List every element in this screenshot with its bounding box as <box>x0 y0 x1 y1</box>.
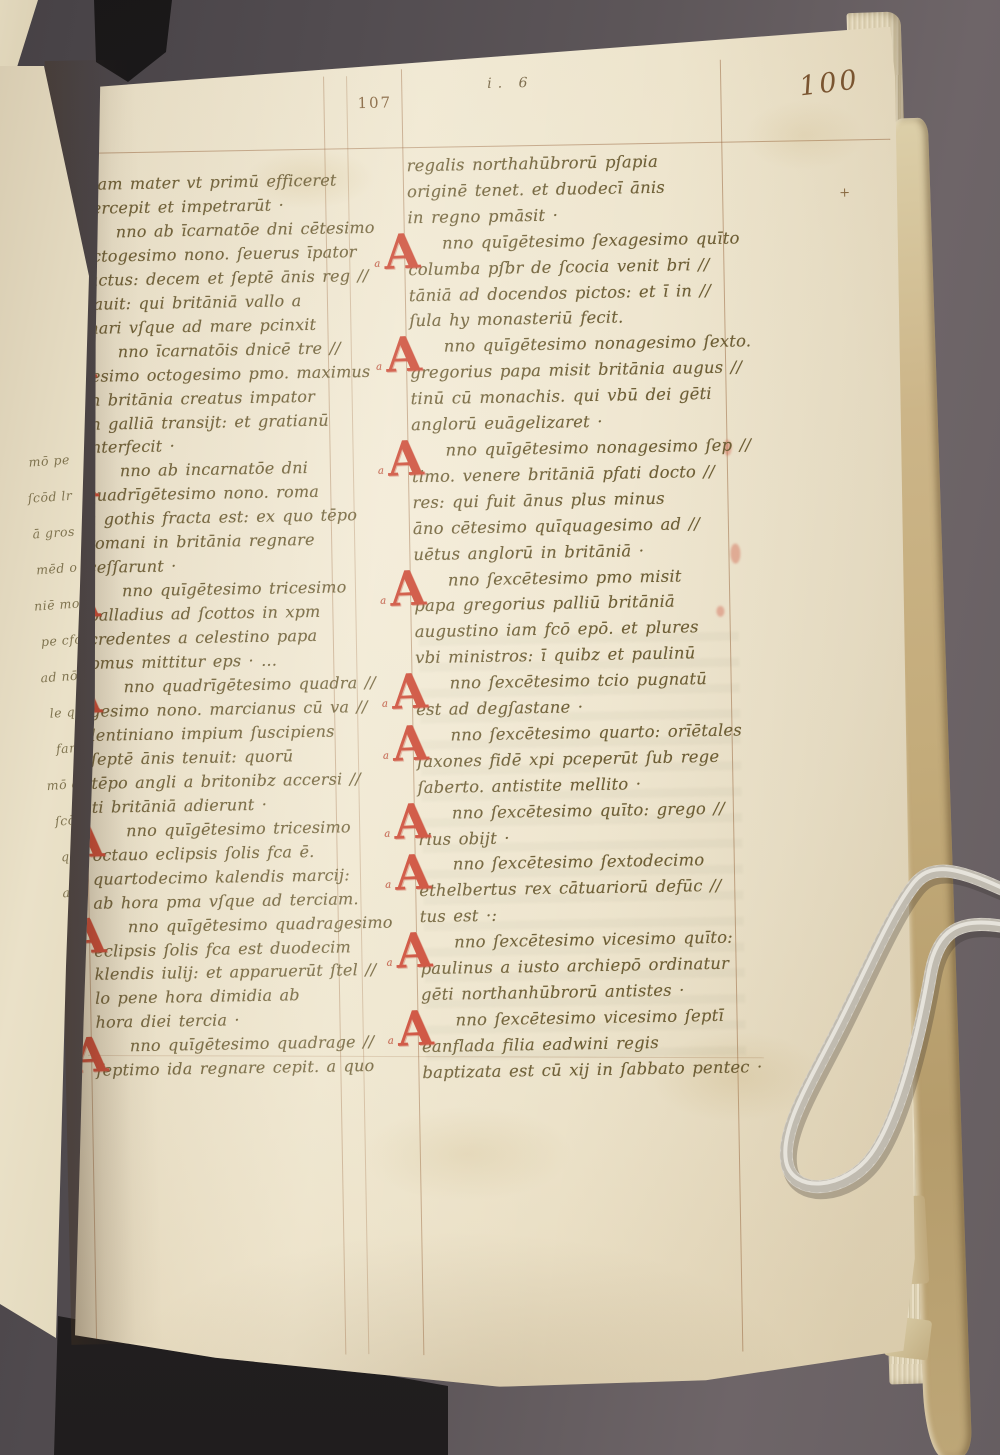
chronicle-entry: aAnno ſexcētesimo quīto: grego //rius ob… <box>418 795 765 853</box>
chronicle-entry: aAnno ſexcētesimo quarto: orīētalesſaxon… <box>416 717 763 801</box>
parchment-stain <box>361 1105 573 1204</box>
parchment-stain <box>744 99 865 171</box>
rubricator-guide-letter: a <box>376 355 383 381</box>
chronicle-entry: aAnno ab incarnatōe dniquadrīgētesimo no… <box>86 455 388 580</box>
plus-mark: + <box>839 185 850 200</box>
facing-page-fragment: mō die <box>7 765 93 807</box>
chronicle-entry: aAnno quīgētesimo tricesimooctauo eclips… <box>92 814 394 915</box>
photograph-of-open-manuscript: 107 i. 6 100 + ſuam mater vt primū effic… <box>0 0 1000 1455</box>
quire-mark: i. 6 <box>487 75 534 92</box>
chronicle-entry: aAnno quīgētesimo nonagesimo ſep //timo.… <box>411 432 759 568</box>
text-column-left: ſuam mater vt primū efficeretpercepit et… <box>81 168 397 1083</box>
chronicle-entry: aAnno ſexcētesimo vicesimo ſeptīeanflada… <box>421 1002 768 1086</box>
chronicle-entry: aAnno quīgētesimo tricesimopalladius ad … <box>88 575 390 676</box>
rubricator-guide-letter: a <box>382 692 389 718</box>
chronicle-entry: aAnno īcarnatōis dnicē tre //tesimo octo… <box>84 335 386 460</box>
rubricator-guide-letter: a <box>388 1028 395 1054</box>
rubricated-initial: A <box>391 667 443 715</box>
facing-page-fragment: ad nōs <box>0 657 86 699</box>
rubricator-guide-letter: a <box>384 821 391 847</box>
rubricated-initial: A <box>393 797 445 845</box>
facing-page-fragment: ſcōs e <box>10 801 96 843</box>
text-column-right: regalis northahūbrorū pſapiaoriginē tene… <box>406 147 768 1086</box>
manuscript-line: baptizata est cū xij in ſabbato pentec · <box>422 1054 768 1086</box>
rubricated-initial: A <box>395 926 447 974</box>
chronicle-entry: aAnno ſexcētesimo ſextodecimoethelbertus… <box>419 847 766 931</box>
folio-number: 100 <box>798 64 862 102</box>
rubricator-guide-letter: a <box>374 251 381 277</box>
facing-page-fragment: q pōs <box>12 837 98 879</box>
rubricated-initial: A <box>397 1004 449 1052</box>
rubricated-initial: A <box>394 849 446 897</box>
facing-page-fragment: ſcōd lr <box>0 478 74 520</box>
facing-page-fragment: ā gros <box>0 514 76 556</box>
chronicle-entry: aAnno quīgētesimo ſexagesimo quītocolumb… <box>408 225 756 335</box>
rubricated-initial: A <box>69 911 121 959</box>
rubricated-initial: A <box>392 719 444 767</box>
chronicle-entry: aAnno quadrīgētesimo quadra //gesimo non… <box>89 671 391 820</box>
chronicle-entry: aAnno quīgētesimo quadrage //ſeptimo ida… <box>96 1030 397 1083</box>
rubricator-guide-letter: a <box>378 459 385 485</box>
rubricator-guide-letter: a <box>385 873 392 899</box>
chronicle-entry: aAnno ſexcētesimo pmo misitpapa gregoriu… <box>414 562 762 672</box>
manuscript-page: 107 i. 6 100 + ſuam mater vt primū effic… <box>42 9 922 1398</box>
rubricated-initial: A <box>387 434 439 482</box>
page-number-pencil: 107 <box>357 93 392 112</box>
chronicle-entry: aAnno ſexcētesimo vicesimo quīto:paulinu… <box>420 924 767 1008</box>
chronicle-entry: aAnno quīgētesimo nonagesimo ſexto.grego… <box>410 329 758 439</box>
facing-page-fragment: mō pe <box>0 442 71 484</box>
rubricated-initial: A <box>383 227 435 275</box>
facing-page-fragment: mēd o <box>0 550 79 592</box>
rubricated-initial: A <box>389 564 441 612</box>
chronicle-entry: aAnno quīgētesimo quadragesimoeclipsis ſ… <box>94 910 396 1035</box>
facing-page-fragment: pe cfo <box>0 621 84 663</box>
rubricated-initial: A <box>71 1031 123 1079</box>
rubricator-guide-letter: a <box>383 744 390 770</box>
rubricator-guide-letter: a <box>380 588 387 614</box>
manuscript-line: ſeptimo ida regnare cepit. a quo <box>96 1054 396 1083</box>
rubricator-guide-letter: a <box>386 951 393 977</box>
chronicle-entry: ſuam mater vt primū efficeretpercepit et… <box>81 168 382 221</box>
facing-page-fragment: niē mo <box>0 585 81 627</box>
facing-page-fragment: le qm <box>2 693 88 735</box>
rubricated-initial: A <box>385 331 437 379</box>
rubricated-initial: A <box>67 816 119 864</box>
chronicle-entry: aAnno ſexcētesimo tcio pugnatūest ad deg… <box>415 665 762 723</box>
facing-page-fragment: famd <box>5 729 91 771</box>
chronicle-entry: regalis northahūbrorū pſapiaoriginē tene… <box>406 147 753 231</box>
chronicle-entry: aAnno ab īcarnatōe dni cētesimooctogesim… <box>82 216 384 341</box>
